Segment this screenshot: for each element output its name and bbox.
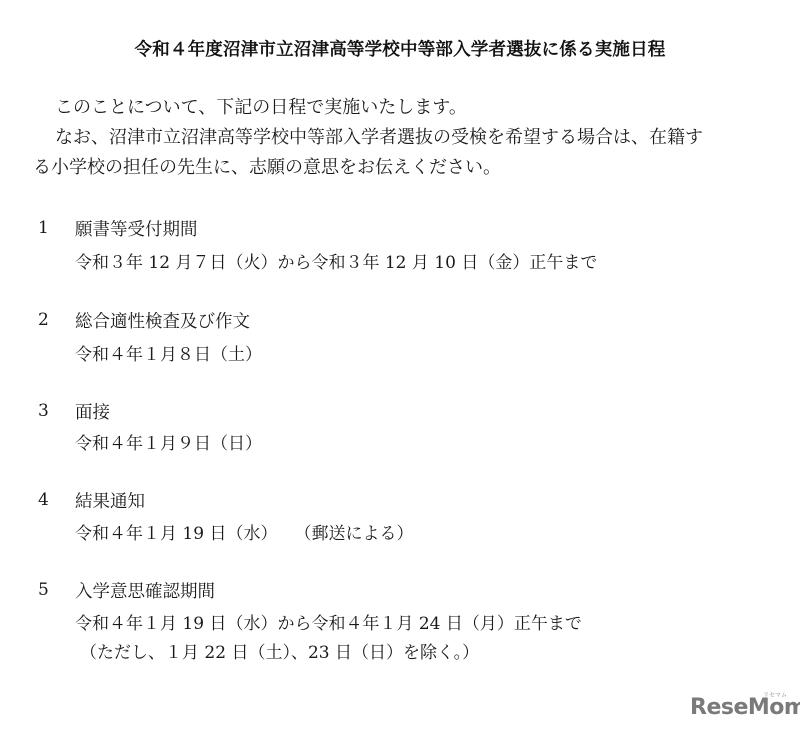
item-title: 入学意思確認期間 — [75, 578, 215, 603]
item-number: 5 — [38, 580, 49, 600]
item-number: 2 — [38, 310, 49, 330]
item-title: 面接 — [75, 399, 110, 424]
document-title: 令和４年度沼津市立沼津高等学校中等部入学者選抜に係る実施日程 — [0, 36, 800, 61]
intro-paragraph-2: なお、沼津市立沼津高等学校中等部入学者選抜の受検を希望する場合は、在籍す — [55, 123, 703, 153]
item-note: （ただし、１月 22 日（土）、23 日（日）を除く。） — [80, 638, 479, 663]
item-title: 総合適性検査及び作文 — [75, 308, 250, 333]
item-number: 3 — [38, 401, 49, 421]
item-detail: 令和４年１月 19 日（水）から令和４年１月 24 日（月）正午まで — [75, 609, 582, 634]
intro-paragraph-1: このことについて、下記の日程で実施いたします。 — [55, 93, 467, 123]
item-number: 1 — [38, 218, 49, 238]
item-title: 結果通知 — [75, 488, 145, 513]
resemom-logo-sub: リセマム — [763, 690, 787, 699]
intro-paragraph-3: る小学校の担任の先生に、志願の意思をお伝えください。 — [33, 153, 501, 183]
item-detail: 令和４年１月８日（土） — [75, 340, 262, 365]
item-title: 願書等受付期間 — [75, 216, 198, 241]
item-detail: 令和４年１月９日（日） — [75, 429, 262, 454]
item-number: 4 — [38, 490, 49, 510]
item-detail: 令和４年１月 19 日（水） （郵送による） — [75, 519, 413, 544]
item-detail: 令和３年 12 月７日（火）から令和３年 12 月 10 日（金）正午まで — [75, 248, 597, 273]
